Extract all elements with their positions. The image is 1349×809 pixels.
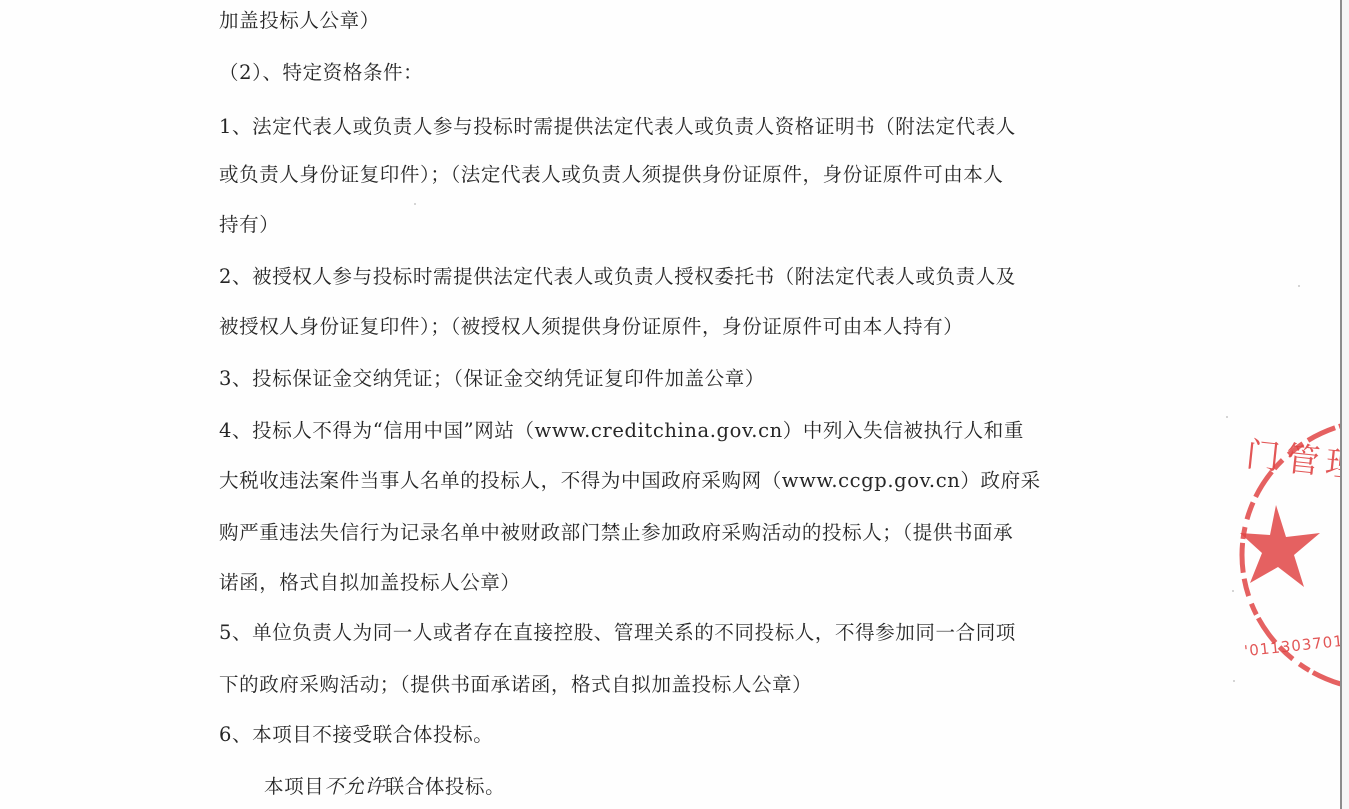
requirement-6-line-1: 6、本项目不接受联合体投标。: [219, 722, 493, 748]
consortium-statement-suffix: 联合体投标。: [385, 775, 506, 798]
consortium-statement-prefix: 本项目: [264, 775, 324, 798]
text-line-1: 加盖投标人公章）: [219, 8, 380, 34]
page-right-margin: [1342, 0, 1349, 809]
scan-speck: [1298, 285, 1300, 287]
seal-top-text: 门管理: [1244, 427, 1349, 488]
document-page: 加盖投标人公章） （2）、特定资格条件： 1、法定代表人或负责人参与投标时需提供…: [0, 0, 1340, 809]
requirement-4-line-3: 购严重违法失信行为记录名单中被财政部门禁止参加政府采购活动的投标人；（提供书面承: [219, 520, 1013, 546]
requirement-1-line-2: 或负责人身份证复印件）；（法定代表人或负责人须提供身份证原件，身份证原件可由本人: [219, 162, 1004, 188]
requirement-1-line-3: 持有）: [219, 212, 279, 238]
seal-ring-icon: [1232, 405, 1349, 695]
seal-number: '011303701: [1243, 632, 1344, 660]
requirement-5-line-1: 5、单位负责人为同一人或者存在直接控股、管理关系的不同投标人，不得参加同一合同项: [219, 620, 1016, 646]
requirement-4-line-4: 诺函，格式自拟加盖投标人公章）: [219, 570, 521, 596]
consortium-statement: 本项目不允许联合体投标。: [264, 774, 505, 800]
requirement-2-line-2: 被授权人身份证复印件）；（被授权人须提供身份证原件，身份证原件可由本人持有）: [219, 314, 963, 340]
consortium-statement-emphasis: 不允许: [324, 775, 384, 798]
requirement-4-line-1: 4、投标人不得为“信用中国”网站（www.creditchina.gov.cn）…: [219, 418, 1024, 444]
requirement-3-line-1: 3、投标保证金交纳凭证；（保证金交纳凭证复印件加盖公章）: [219, 366, 765, 392]
official-seal-stamp: 门管理 '011303701: [1232, 405, 1349, 695]
requirement-1-line-1: 1、法定代表人或负责人参与投标时需提供法定代表人或负责人资格证明书（附法定代表人: [219, 114, 1016, 140]
requirement-5-line-2: 下的政府采购活动；（提供书面承诺函，格式自拟加盖投标人公章）: [219, 672, 812, 698]
section-heading-specific-qualifications: （2）、特定资格条件：: [219, 60, 423, 86]
scan-speck: [1232, 590, 1234, 592]
requirement-2-line-1: 2、被授权人参与投标时需提供法定代表人或负责人授权委托书（附法定代表人或负责人及: [219, 264, 1016, 290]
scan-speck: [1226, 416, 1228, 418]
star-icon: [1240, 505, 1320, 587]
requirement-4-line-2: 大税收违法案件当事人名单的投标人，不得为中国政府采购网（www.ccgp.gov…: [219, 468, 1041, 494]
scan-speck: [414, 203, 416, 205]
scan-speck: [1233, 680, 1235, 682]
